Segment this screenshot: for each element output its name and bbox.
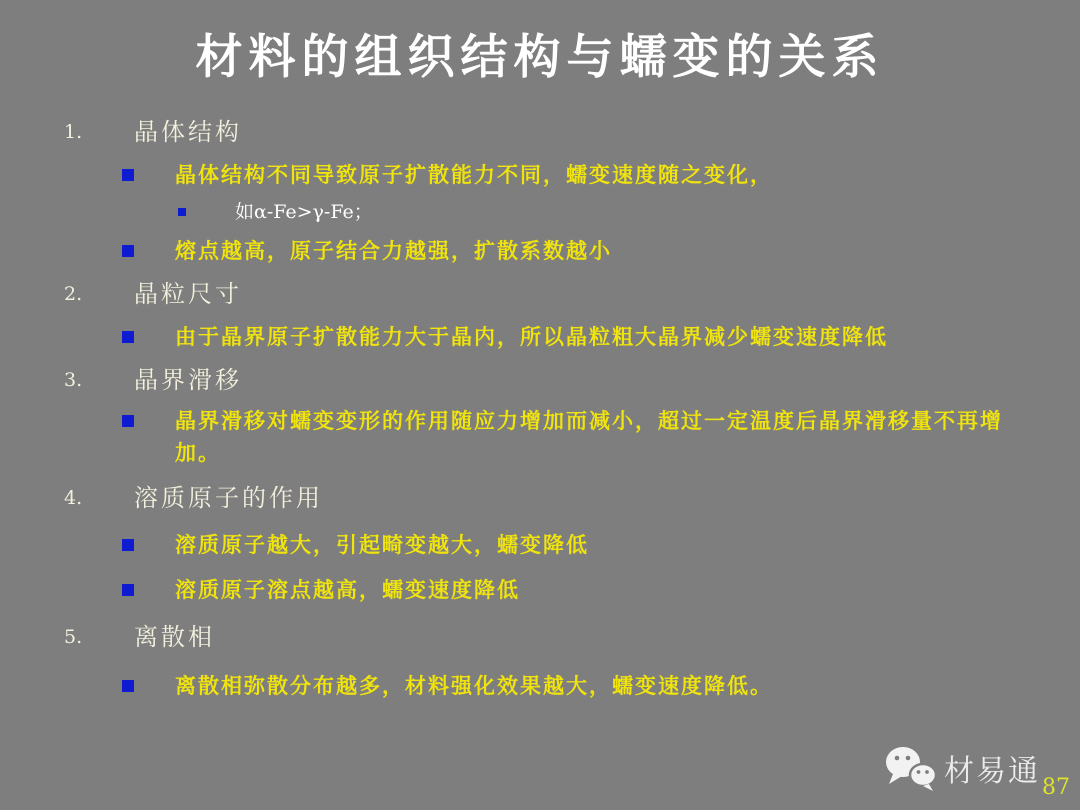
bullet-row: 晶体结构不同导致原子扩散能力不同，蠕变速度随之变化， (0, 159, 1080, 191)
bullet-row: 晶界滑移对蠕变变形的作用随应力增加而减小，超过一定温度后晶界滑移量不再增加。 (0, 405, 1080, 469)
list-item: 2. 晶粒尺寸 (0, 279, 1080, 309)
bullet-square-icon (178, 208, 186, 216)
item-number: 4. (64, 483, 134, 513)
bullet-text: 溶质原子溶点越高，蠕变速度降低 (175, 574, 520, 606)
list-item: 5. 离散相 (0, 622, 1080, 652)
bullet-square-icon (122, 169, 134, 181)
wechat-icon (884, 744, 938, 792)
bullet-square-icon (122, 245, 134, 257)
slide: 材料的组织结构与蠕变的关系 1. 晶体结构 晶体结构不同导致原子扩散能力不同，蠕… (0, 0, 1080, 810)
item-number: 5. (64, 622, 134, 652)
item-label: 晶粒尺寸 (134, 279, 242, 309)
bullet-square-icon (122, 584, 134, 596)
item-label: 晶界滑移 (134, 365, 242, 395)
bullet-row: 由于晶界原子扩散能力大于晶内，所以晶粒粗大晶界减少蠕变速度降低 (0, 321, 1080, 353)
bullet-square-icon (122, 680, 134, 692)
list-item: 4. 溶质原子的作用 (0, 483, 1080, 513)
item-label: 溶质原子的作用 (134, 483, 323, 513)
bullet-text: 离散相弥散分布越多，材料强化效果越大，蠕变速度降低。 (175, 670, 773, 702)
sub-bullet-text: 如α-Fe>γ-Fe； (235, 199, 373, 225)
bullet-row: 溶质原子溶点越高，蠕变速度降低 (0, 574, 1080, 606)
watermark: 材易通 87 (884, 744, 1070, 792)
item-label: 晶体结构 (134, 117, 242, 147)
slide-body: 1. 晶体结构 晶体结构不同导致原子扩散能力不同，蠕变速度随之变化， 如α-Fe… (0, 117, 1080, 702)
bullet-row: 溶质原子越大，引起畸变越大，蠕变降低 (0, 529, 1080, 561)
bullet-text: 晶体结构不同导致原子扩散能力不同，蠕变速度随之变化， (175, 159, 773, 191)
bullet-text: 熔点越高，原子结合力越强，扩散系数越小 (175, 235, 612, 267)
item-number: 3. (64, 365, 134, 395)
item-number: 1. (64, 117, 134, 147)
bullet-text: 由于晶界原子扩散能力大于晶内，所以晶粒粗大晶界减少蠕变速度降低 (175, 321, 888, 353)
bullet-square-icon (122, 331, 134, 343)
slide-title: 材料的组织结构与蠕变的关系 (0, 0, 1080, 87)
bullet-square-icon (122, 539, 134, 551)
bullet-square-icon (122, 415, 134, 427)
item-number: 2. (64, 279, 134, 309)
bullet-row: 熔点越高，原子结合力越强，扩散系数越小 (0, 235, 1080, 267)
bullet-text: 晶界滑移对蠕变变形的作用随应力增加而减小，超过一定温度后晶界滑移量不再增加。 (175, 405, 1020, 469)
page-number: 87 (1042, 775, 1070, 800)
sub-bullet-row: 如α-Fe>γ-Fe； (0, 199, 1080, 225)
list-item: 1. 晶体结构 (0, 117, 1080, 147)
list-item: 3. 晶界滑移 (0, 365, 1080, 395)
bullet-row: 离散相弥散分布越多，材料强化效果越大，蠕变速度降低。 (0, 670, 1080, 702)
watermark-brand: 材易通 (944, 746, 1040, 790)
bullet-text: 溶质原子越大，引起畸变越大，蠕变降低 (175, 529, 589, 561)
item-label: 离散相 (134, 622, 215, 652)
